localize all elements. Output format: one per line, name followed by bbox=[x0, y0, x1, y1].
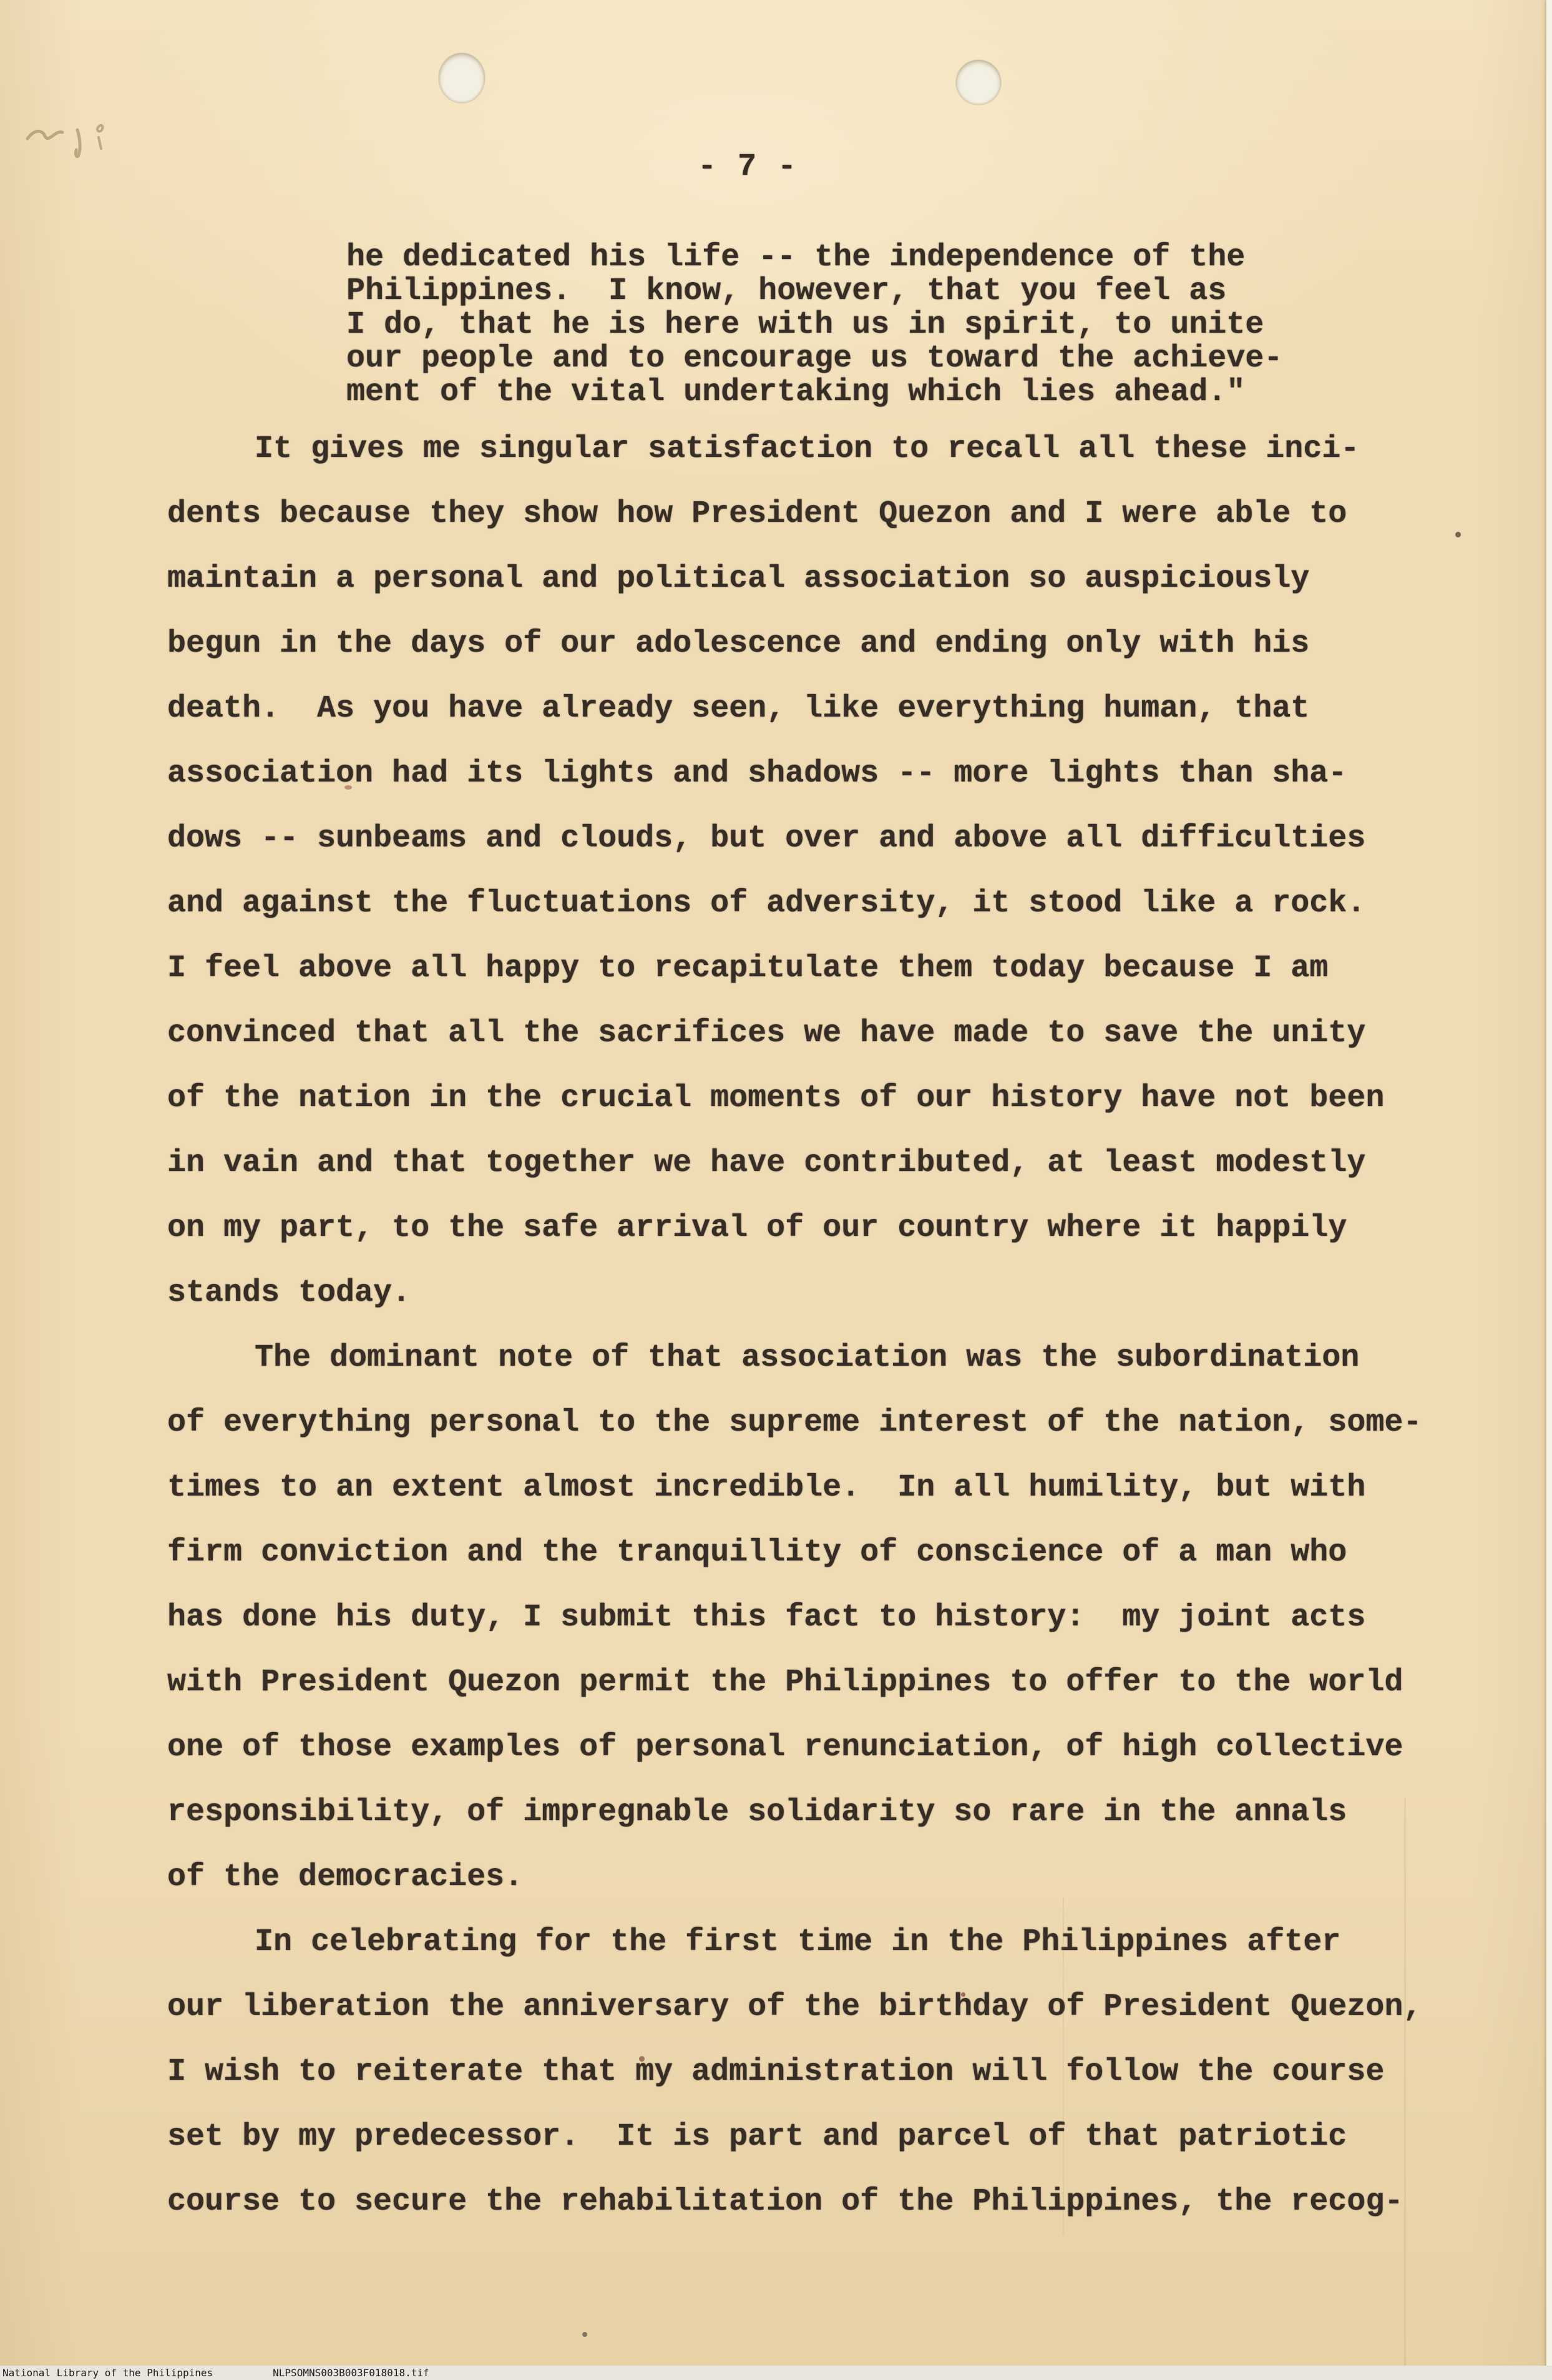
body-line: I feel above all happy to recapitulate t… bbox=[167, 936, 1422, 1001]
body-line: In celebrating for the first time in the… bbox=[167, 1910, 1422, 1975]
paper-crease bbox=[1063, 1898, 1064, 2235]
blockquote: he dedicated his life -- the independenc… bbox=[346, 241, 1282, 409]
body-line: with President Quezon permit the Philipp… bbox=[167, 1650, 1422, 1715]
body-line: dents because they show how President Qu… bbox=[167, 482, 1422, 547]
page-number: - 7 - bbox=[698, 150, 798, 185]
body-line: has done his duty, I submit this fact to… bbox=[167, 1585, 1422, 1650]
pencil-mark bbox=[24, 111, 142, 167]
paper-crease bbox=[1404, 1798, 1406, 2380]
quote-line: our people and to encourage us toward th… bbox=[346, 342, 1282, 376]
punch-hole-right bbox=[956, 60, 1001, 105]
ink-speck bbox=[961, 1992, 965, 1997]
body-line: convinced that all the sacrifices we hav… bbox=[167, 1001, 1422, 1066]
scan-footer-bar: National Library of the Philippines NLPS… bbox=[0, 2366, 1552, 2380]
punch-hole-left bbox=[439, 53, 485, 103]
body-line: maintain a personal and political associ… bbox=[167, 547, 1422, 612]
body-line: It gives me singular satisfaction to rec… bbox=[167, 417, 1422, 482]
body-line: association had its lights and shadows -… bbox=[167, 742, 1422, 806]
body-line: begun in the days of our adolescence and… bbox=[167, 612, 1422, 677]
footer-filename-label: NLPSOMNS003B003F018018.tif bbox=[273, 2367, 429, 2379]
body-line: on my part, to the safe arrival of our c… bbox=[167, 1196, 1422, 1261]
scanned-document-page: - 7 - he dedicated his life -- the indep… bbox=[0, 0, 1552, 2380]
body-line: dows -- sunbeams and clouds, but over an… bbox=[167, 806, 1422, 871]
body-line: stands today. bbox=[167, 1261, 1422, 1326]
body-line: of the democracies. bbox=[167, 1845, 1422, 1910]
quote-line: I do, that he is here with us in spirit,… bbox=[346, 308, 1282, 342]
quote-line: Philippines. I know, however, that you f… bbox=[346, 275, 1282, 308]
body-line: times to an extent almost incredible. In… bbox=[167, 1456, 1422, 1521]
body-line: death. As you have already seen, like ev… bbox=[167, 677, 1422, 742]
body-line: set by my predecessor. It is part and pa… bbox=[167, 2105, 1422, 2170]
body-line: responsibility, of impregnable solidarit… bbox=[167, 1780, 1422, 1845]
body-line: and against the fluctuations of adversit… bbox=[167, 871, 1422, 936]
footer-library-label: National Library of the Philippines bbox=[2, 2367, 213, 2379]
ink-speck bbox=[344, 785, 352, 790]
scan-edge bbox=[1546, 0, 1552, 2380]
quote-line: ment of the vital undertaking which lies… bbox=[346, 376, 1282, 409]
ink-speck bbox=[1455, 532, 1461, 537]
body-line: I wish to reiterate that my administrati… bbox=[167, 2040, 1422, 2105]
body-line: of the nation in the crucial moments of … bbox=[167, 1066, 1422, 1131]
ink-speck bbox=[639, 2056, 645, 2062]
body-line: in vain and that together we have contri… bbox=[167, 1131, 1422, 1196]
quote-line: he dedicated his life -- the independenc… bbox=[346, 241, 1282, 275]
body-line: The dominant note of that association wa… bbox=[167, 1326, 1422, 1391]
body-line: our liberation the anniversary of the bi… bbox=[167, 1975, 1422, 2040]
body-line: one of those examples of personal renunc… bbox=[167, 1715, 1422, 1780]
body-line: of everything personal to the supreme in… bbox=[167, 1391, 1422, 1456]
ink-speck bbox=[582, 2332, 587, 2337]
body-text: It gives me singular satisfaction to rec… bbox=[167, 417, 1422, 2235]
body-line: firm conviction and the tranquillity of … bbox=[167, 1521, 1422, 1585]
body-line: course to secure the rehabilitation of t… bbox=[167, 2170, 1422, 2235]
